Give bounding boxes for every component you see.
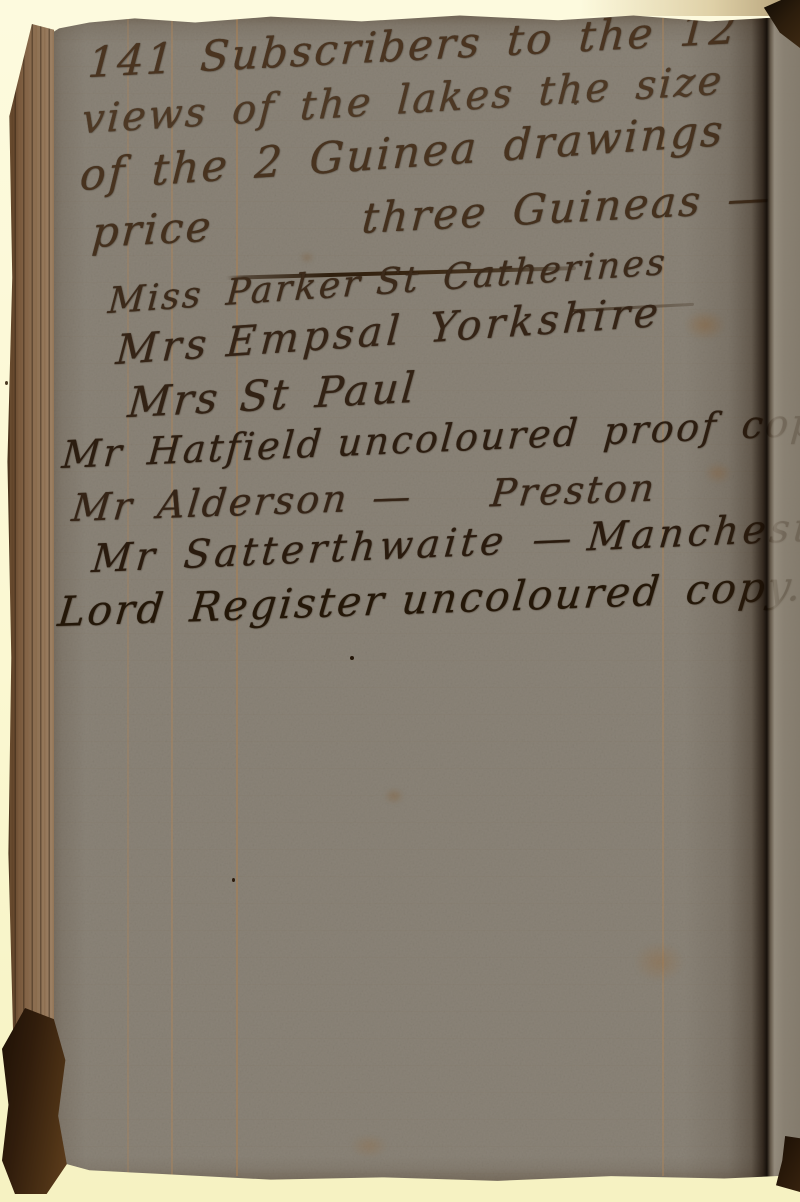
dust-speck xyxy=(5,381,8,385)
subscriber-name: Mrs xyxy=(115,323,212,371)
book-page-edges xyxy=(6,24,54,1176)
foxing-stain xyxy=(384,788,404,804)
subscriber-name: Lord Register xyxy=(56,580,388,633)
subscriber-name: Mrs xyxy=(126,377,222,424)
foxing-stain xyxy=(300,252,314,263)
ink-speck xyxy=(232,878,235,882)
subscriber-name: Mr Hatfield xyxy=(60,424,325,474)
book-gutter-shadow xyxy=(684,12,800,1182)
foxing-stain xyxy=(634,942,684,982)
manuscript-page: 141 Subscribers to the 12 views of the l… xyxy=(44,12,800,1182)
ink-speck xyxy=(350,656,354,660)
foxing-stain xyxy=(350,1134,388,1158)
photograph-of-open-book: 141 Subscribers to the 12 views of the l… xyxy=(0,0,800,1202)
subscriber-detail: St Paul xyxy=(238,367,419,419)
subscriber-name: Mr Alderson — xyxy=(70,477,415,527)
subscriber-detail: Preston xyxy=(489,469,659,513)
